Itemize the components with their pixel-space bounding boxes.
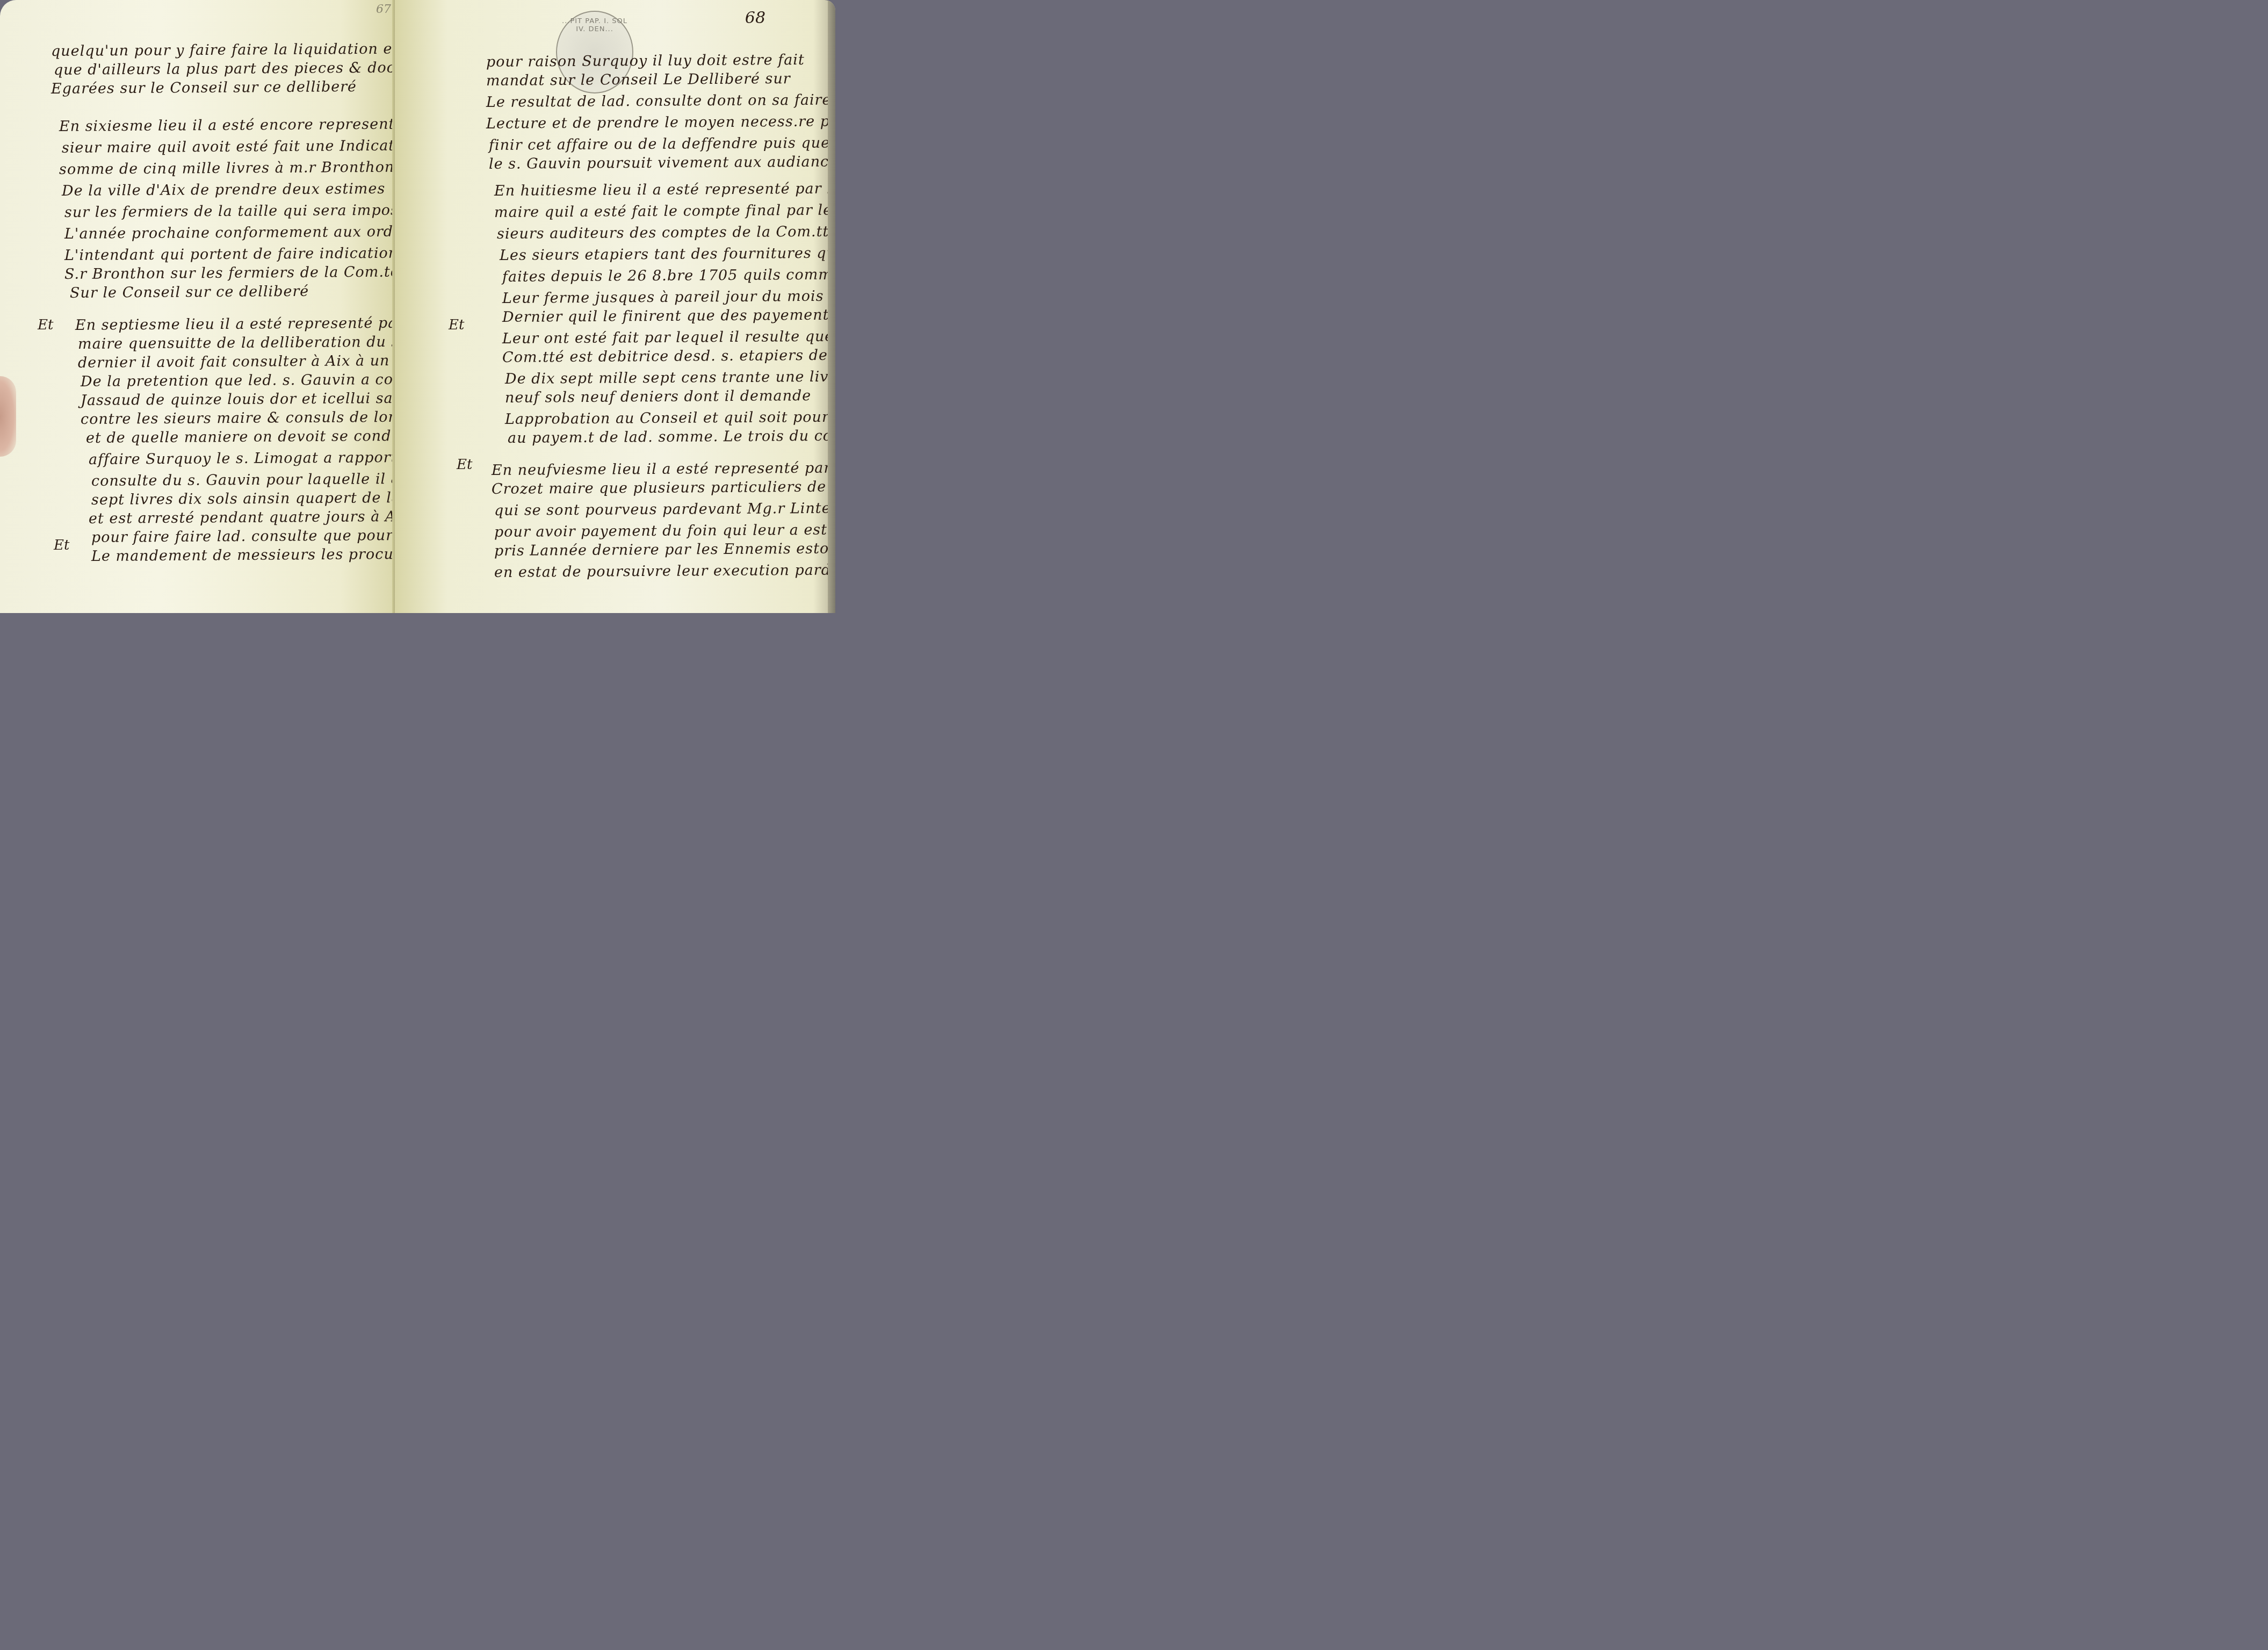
manuscript-line: Le resultat de lad. consulte dont on sa … <box>486 91 835 111</box>
manuscript-line: pour raison Surquoy il luy doit estre fa… <box>486 52 805 70</box>
page-number: 68 <box>745 9 765 27</box>
manuscript-line: consulte du s. Gauvin pour laquelle il a… <box>91 470 400 489</box>
margin-mark: Et <box>54 537 69 553</box>
manuscript-line: dernier il avoit fait consulter à Aix à … <box>78 352 400 371</box>
manuscript-line: S.r Bronthon sur les fermiers de la Com.… <box>64 264 400 283</box>
manuscript-line: finir cet affaire ou de la deffendre pui… <box>489 135 830 154</box>
manuscript-line: De la pretention que led. s. Gauvin a co… <box>81 371 400 390</box>
manuscript-line: Sur le Conseil sur ce delliberé <box>70 283 309 301</box>
manuscript-line: que d'ailleurs la plus part des pieces &… <box>54 59 400 78</box>
open-manuscript: 67 quelqu'un pour y faire faire la liqui… <box>0 0 842 613</box>
manuscript-line: Lecture et de prendre le moyen necess.re… <box>486 113 835 132</box>
manuscript-line: mandat sur le Conseil Le Delliberé sur <box>486 70 791 89</box>
manuscript-line: Lapprobation au Conseil et quil soit pou… <box>505 408 835 428</box>
right-page: ...PIT PAP. I. SOL IV. DEN... 68 pour ra… <box>395 0 835 613</box>
manuscript-line: en estat de poursuivre leur execution pa… <box>494 561 835 581</box>
manuscript-line: quelqu'un pour y faire faire la liquidat… <box>51 40 399 60</box>
manuscript-line: affaire Surquoy le s. Limogat a rapporté… <box>89 449 400 468</box>
manuscript-line: sept livres dix sols ainsin quapert de l… <box>91 489 400 508</box>
left-page: 67 quelqu'un pour y faire faire la liqui… <box>0 0 400 613</box>
manuscript-line: sieurs auditeurs des comptes de la Com.t… <box>497 223 835 242</box>
manuscript-line: Leur ont esté fait par lequel il resulte… <box>502 328 835 347</box>
manuscript-line: L'année prochaine conformement aux ordre… <box>64 223 400 242</box>
manuscript-line: Le mandement de messieurs les procureurs… <box>91 545 400 565</box>
manuscript-line: et est arresté pendant quatre jours à Ai… <box>89 508 400 527</box>
manuscript-line: Crozet maire que plusieurs particuliers … <box>492 478 835 498</box>
manuscript-line: somme de cinq mille livres à m.r Brontho… <box>59 158 400 178</box>
manuscript-line: De dix sept mille sept cens trante une l… <box>505 368 835 387</box>
manuscript-line: maire quil a esté fait le compte final p… <box>494 202 835 221</box>
manuscript-line: au payem.t de lad. somme. Le trois du co… <box>508 427 835 446</box>
seal-text: ...PIT PAP. I. SOL IV. DEN... <box>557 17 632 33</box>
manuscript-line: En neufviesme lieu il a esté representé … <box>492 459 835 479</box>
margin-mark: Et <box>457 457 472 473</box>
manuscript-line: contre les sieurs maire & consuls de lor… <box>81 409 400 428</box>
manuscript-line: le s. Gauvin poursuit vivement aux audia… <box>489 153 835 172</box>
manuscript-line: En septiesme lieu il a esté representé p… <box>75 314 400 334</box>
left-page-number: 67 <box>376 3 391 16</box>
manuscript-line: Les sieurs etapiers tant des fournitures… <box>500 244 835 264</box>
manuscript-line: De la ville d'Aix de prendre deux estime… <box>62 181 385 199</box>
manuscript-line: Jassaud de quinze louis dor et icellui s… <box>81 390 400 409</box>
manuscript-line: Egarées sur le Conseil sur ce delliberé <box>51 78 357 97</box>
page-edge <box>828 0 835 613</box>
manuscript-line: Leur ferme jusques à pareil jour du mois… <box>502 287 835 307</box>
manuscript-line: maire quensuitte de la delliberation du … <box>78 333 400 352</box>
manuscript-line: Dernier quil le finirent que des payemen… <box>502 306 835 326</box>
manuscript-line: Com.tté est debitrice desd. s. etapiers … <box>502 347 835 366</box>
manuscript-line: faites depuis le 26 8.bre 1705 quils com… <box>502 266 835 285</box>
manuscript-line: et de quelle maniere on devoit se condui… <box>86 427 400 446</box>
thumb <box>0 376 16 457</box>
manuscript-line: sur les fermiers de la taille qui sera i… <box>64 201 400 221</box>
margin-mark: Et <box>38 317 53 333</box>
manuscript-line: L'intendant qui portent de faire indicat… <box>64 244 400 264</box>
manuscript-line: pour avoir payement du foin qui leur a e… <box>494 522 835 541</box>
margin-mark: Et <box>449 317 464 333</box>
manuscript-line: neuf sols neuf deniers dont il demande <box>505 387 811 406</box>
manuscript-line: qui se sont pourveus pardevant Mg.r Lint… <box>494 500 835 519</box>
manuscript-line: En huitiesme lieu il a esté representé p… <box>494 180 835 199</box>
manuscript-line: pris Lannée derniere par les Ennemis est… <box>494 540 835 559</box>
manuscript-line: En sixiesme lieu il a esté encore repres… <box>59 116 400 135</box>
manuscript-line: pour faire faire lad. consulte que pour … <box>91 527 400 546</box>
manuscript-line: sieur maire quil avoit esté fait une Ind… <box>62 137 400 156</box>
